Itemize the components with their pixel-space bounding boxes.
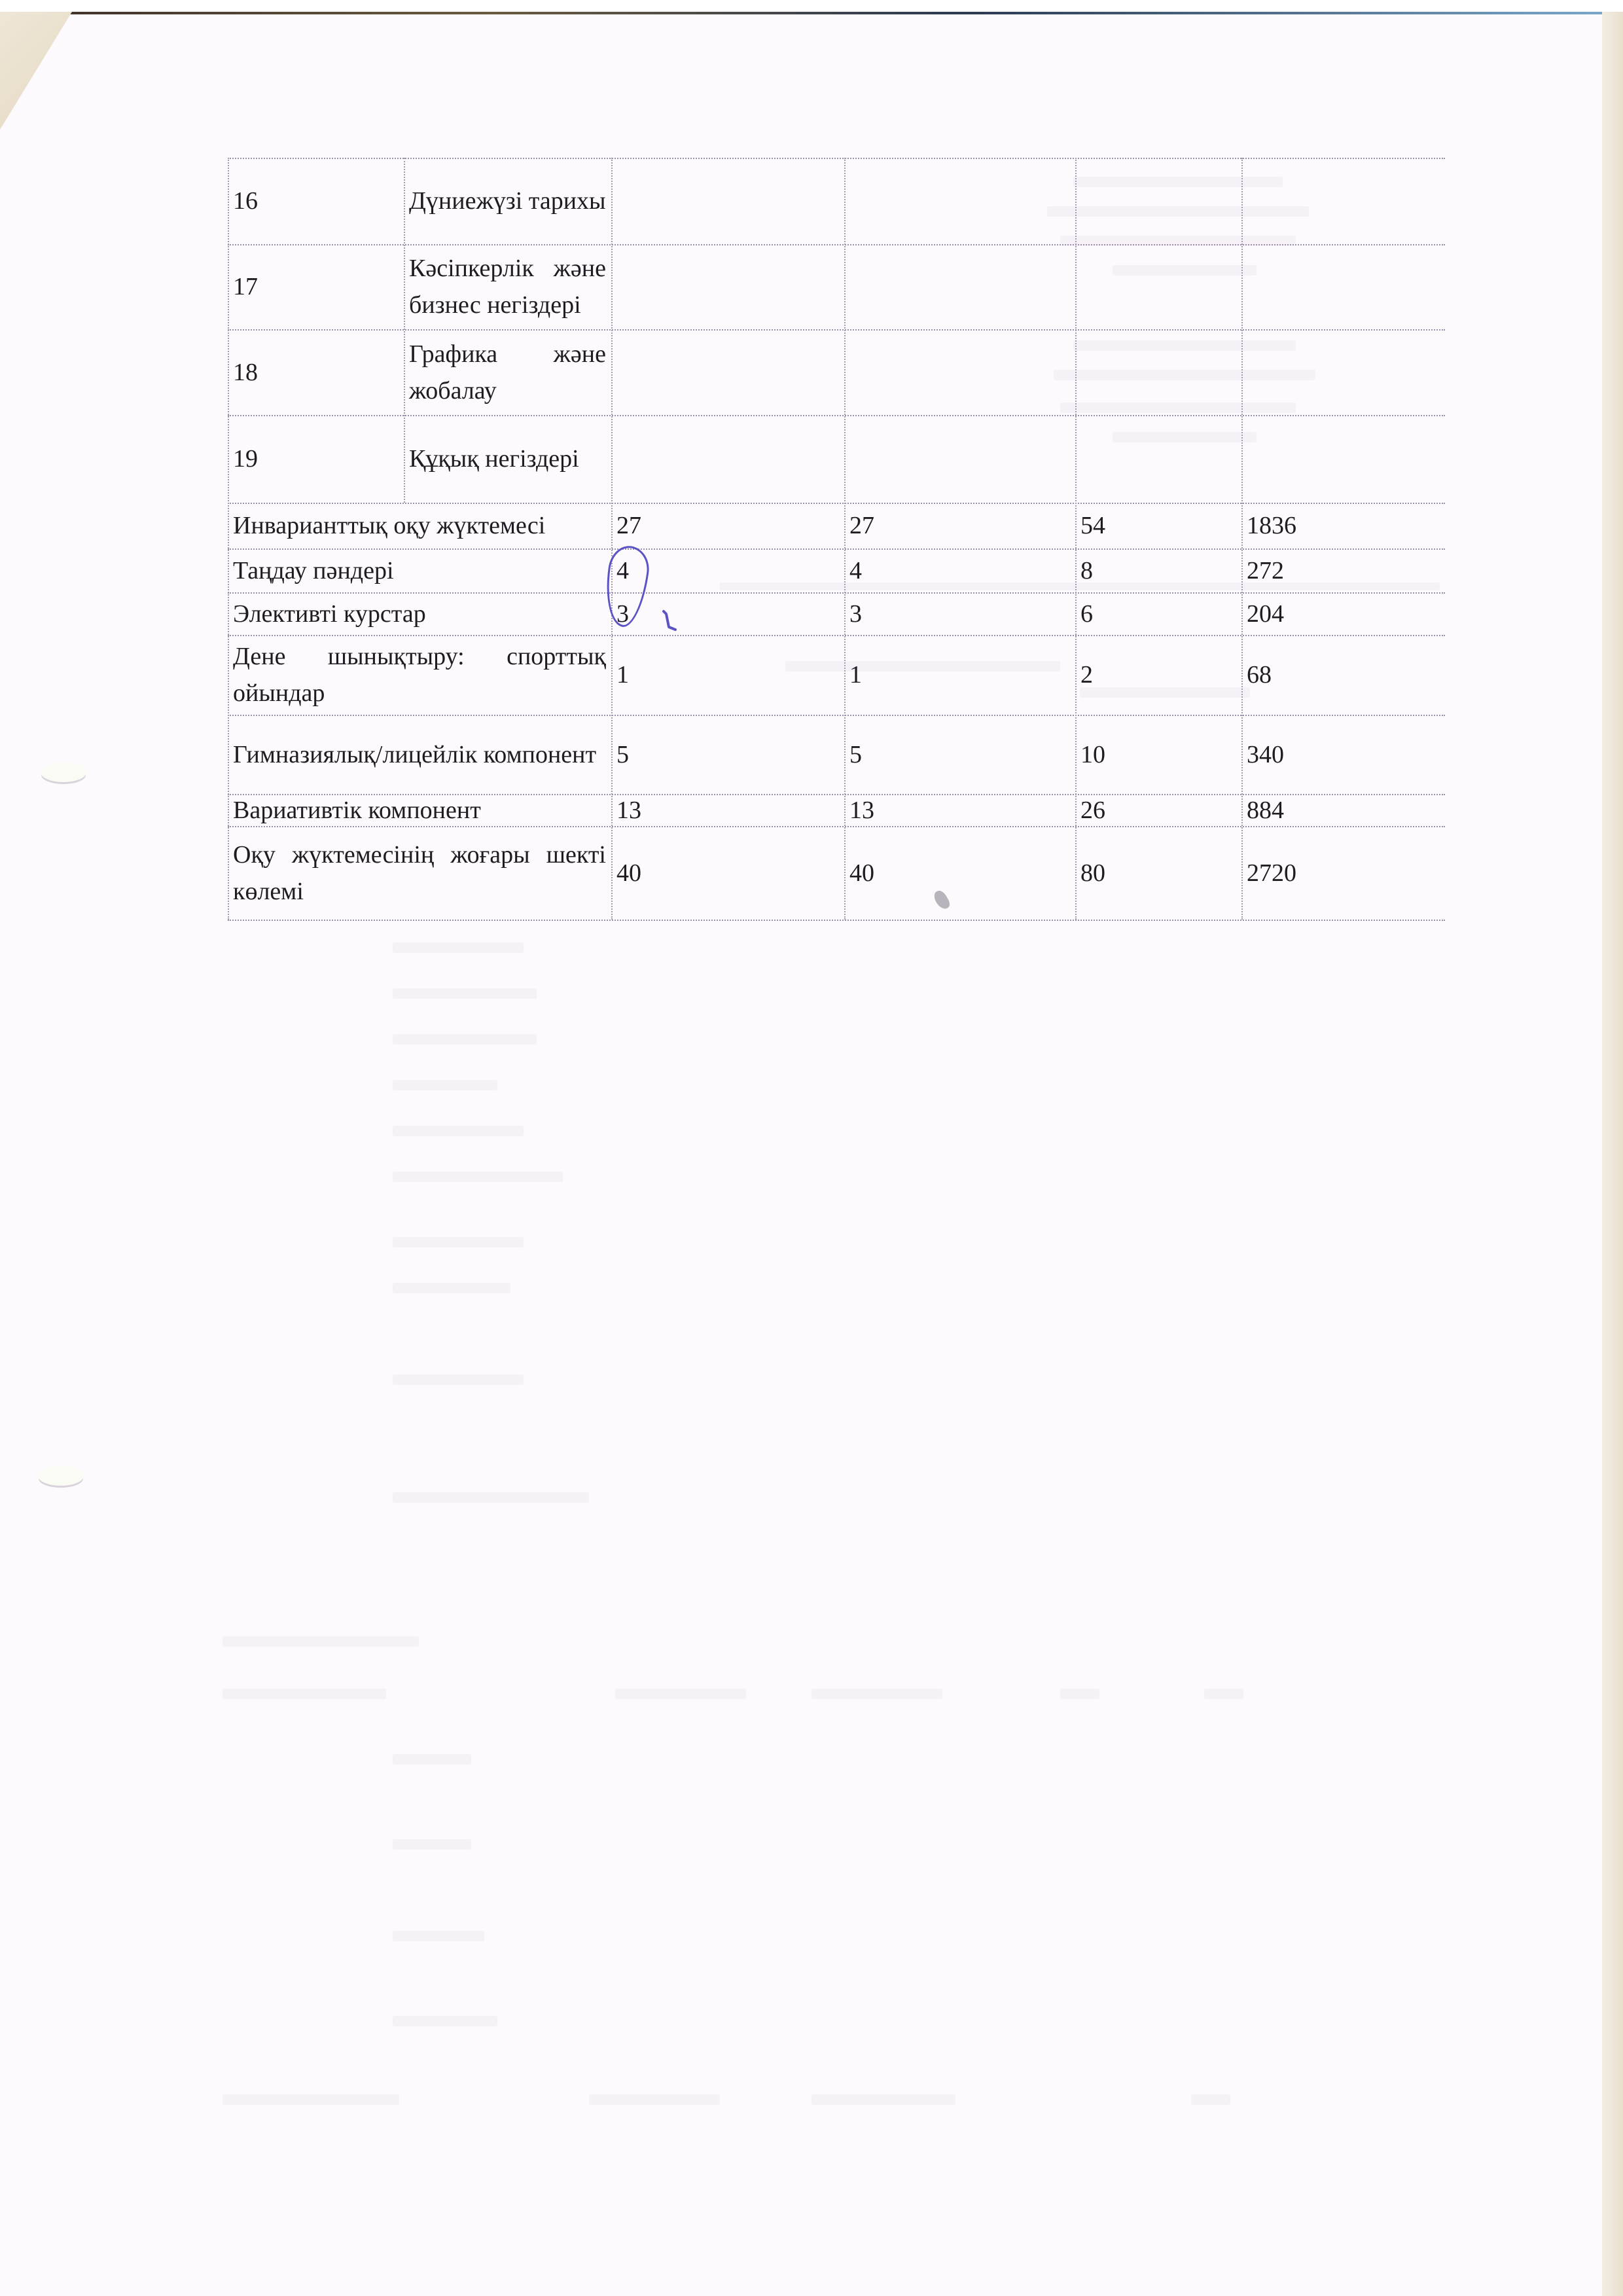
scan-border-right [1602,12,1623,2296]
summary-value: 54 [1080,507,1236,544]
summary-value: 5 [616,736,839,773]
summary-label: Гимназиялық/лицейлік компонент [233,736,606,773]
scan-edge-shadow [13,12,1603,14]
summary-value: 4 [849,552,1070,589]
table-row: 17 Кәсіпкерлік және бизнес негіздері [228,244,1445,329]
summary-value: 340 [1247,736,1440,773]
summary-value: 8 [1080,552,1236,589]
summary-row: Гимназиялық/лицейлік компонент5510340 [228,715,1445,794]
summary-label: Таңдау пәндері [233,552,606,589]
summary-value: 68 [1247,656,1440,693]
scan-border-top [0,0,1623,12]
summary-row: Таңдау пәндері448272 [228,548,1445,592]
summary-label: Вариативтік компонент [233,792,606,829]
summary-row: Дене шынықтыру: спорттық ойындар11268 [228,635,1445,715]
summary-value: 3 [849,596,1070,632]
summary-row: Оқу жүктемесінің жоғары шекті көлемі4040… [228,826,1445,920]
summary-value: 3 [616,596,839,632]
summary-value: 1836 [1247,507,1440,544]
summary-value: 1 [616,656,839,693]
table-row: 16 Дүниежүзі тарихы [228,158,1445,244]
summary-label: Дене шынықтыру: спорттық ойындар [233,638,606,711]
table-row: 19 Құқық негіздері [228,415,1445,503]
row-number: 17 [228,244,404,329]
summary-label: Элективті курстар [233,596,606,632]
subject-name: Құқық негіздері [409,440,606,477]
summary-value: 6 [1080,596,1236,632]
summary-value: 884 [1247,792,1440,829]
summary-label: Оқу жүктемесінің жоғары шекті көлемі [233,836,606,910]
summary-value: 27 [616,507,839,544]
summary-row: Вариативтік компонент131326884 [228,794,1445,826]
summary-value: 272 [1247,552,1440,589]
summary-value: 2 [1080,656,1236,693]
summary-row: Инварианттық оқу жүктемесі2727541836 [228,503,1445,548]
summary-value: 40 [616,855,839,891]
summary-value: 5 [849,736,1070,773]
summary-value: 80 [1080,855,1236,891]
summary-value: 13 [849,792,1070,829]
summary-value: 10 [1080,736,1236,773]
summary-value: 26 [1080,792,1236,829]
punch-hole [38,1466,84,1486]
handwritten-check-icon [660,610,679,634]
punch-hole [41,762,86,782]
summary-label: Инварианттық оқу жүктемесі [233,507,606,544]
folded-corner [0,12,72,130]
summary-value: 4 [616,552,839,589]
row-number: 18 [228,329,404,415]
summary-value: 204 [1247,596,1440,632]
row-number: 16 [228,158,404,244]
summary-value: 13 [616,792,839,829]
subject-name: Дүниежүзі тарихы [409,183,606,219]
subject-name: Графика және жобалау [409,336,606,409]
row-number: 19 [228,415,404,503]
summary-value: 40 [849,855,1070,891]
summary-value: 27 [849,507,1070,544]
subject-name: Кәсіпкерлік және бизнес негіздері [409,250,606,323]
summary-value: 2720 [1247,855,1440,891]
summary-value: 1 [849,656,1070,693]
table-row: 18 Графика және жобалау [228,329,1445,415]
summary-row: Элективті курстар336204 [228,592,1445,635]
